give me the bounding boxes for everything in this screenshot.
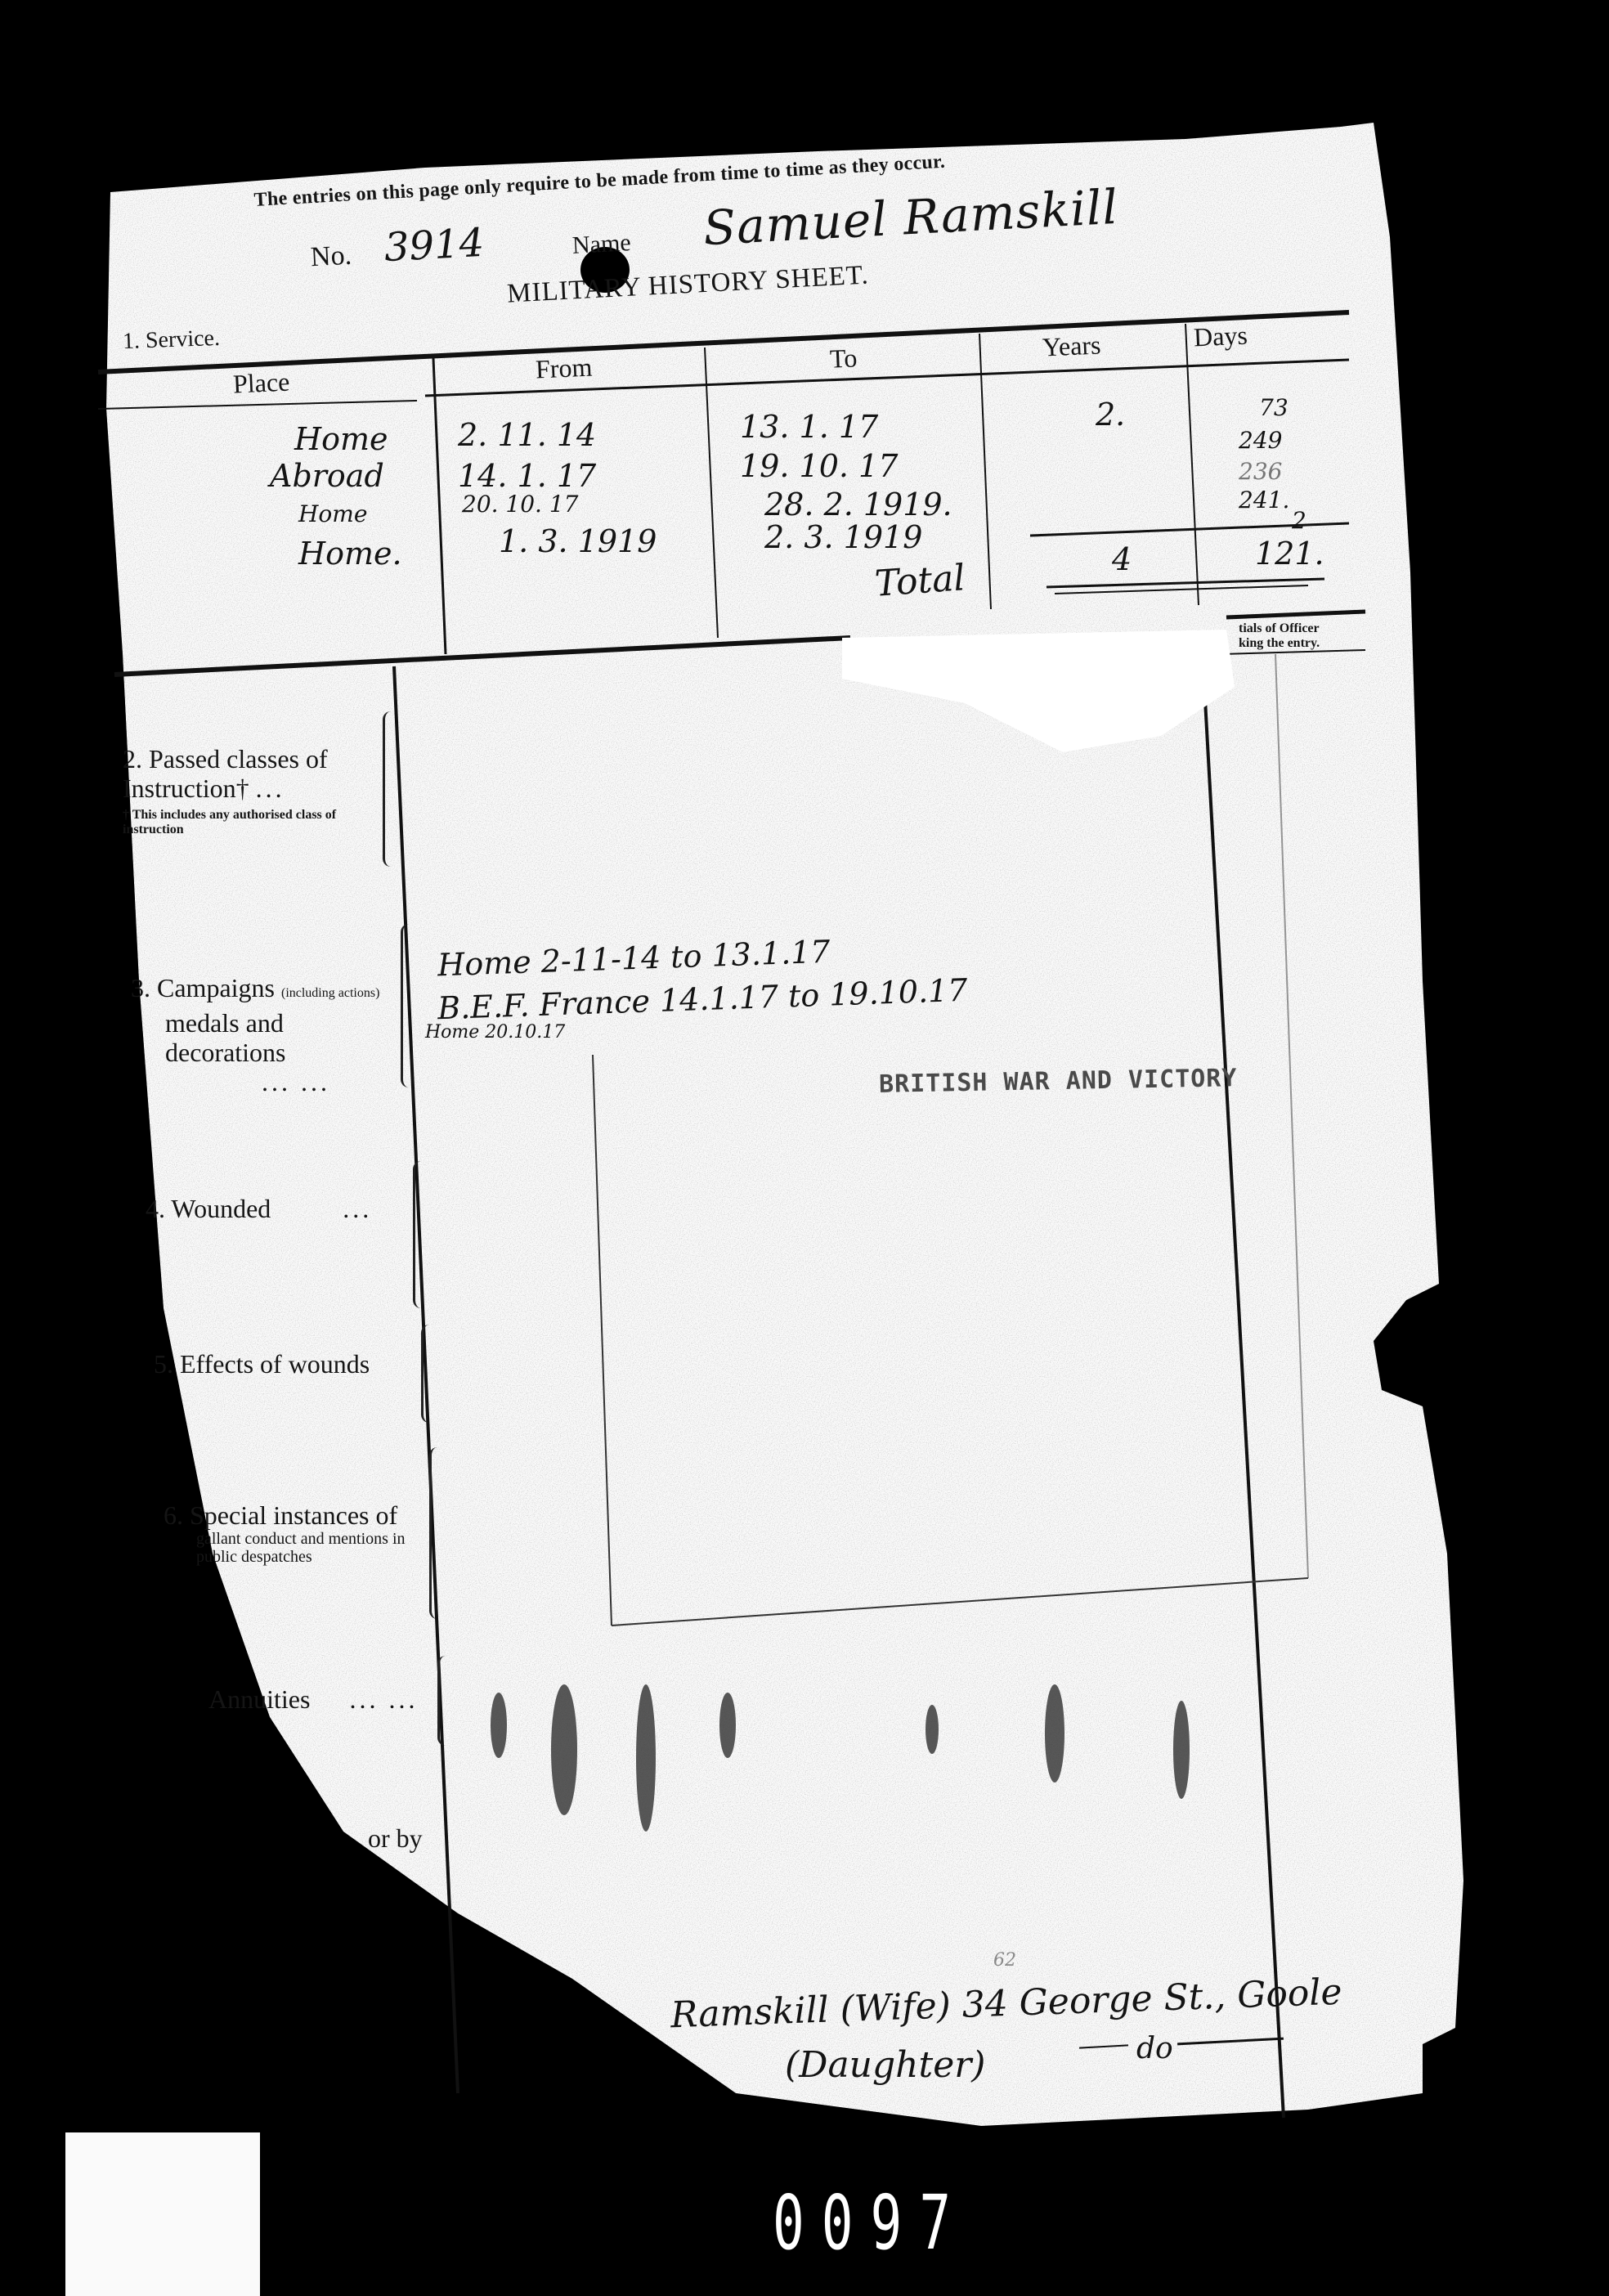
- row-from: 2. 11. 14: [458, 417, 596, 453]
- campaign-entry-home-return: Home 20.10.17: [425, 1022, 565, 1043]
- section-number: 3.: [131, 973, 150, 1002]
- brace: [421, 1325, 437, 1423]
- film-blank-card: [65, 2132, 260, 2296]
- column-header-place: Place: [232, 367, 290, 400]
- row-to: 2. 3. 1919: [764, 519, 922, 555]
- column-header-days: Days: [1193, 321, 1248, 353]
- row-from: 14. 1. 17: [458, 458, 596, 494]
- row-days: 241.: [1239, 487, 1289, 513]
- section-number: 2.: [123, 744, 142, 774]
- row-place: Abroad: [270, 458, 384, 494]
- row-place: Home: [294, 421, 388, 457]
- section-annuities: Annuities ... ...: [208, 1684, 446, 1714]
- section-label-small: gallant conduct and mentions in public d…: [164, 1530, 433, 1566]
- section-label: Annuities: [208, 1684, 310, 1714]
- frame-counter: 0097: [773, 2179, 968, 2267]
- column-header-to: To: [829, 343, 858, 374]
- section-or-by: or by: [368, 1823, 423, 1853]
- extra-days: 2: [1292, 507, 1306, 534]
- section-dots: ...: [256, 774, 285, 803]
- section-campaigns: 3. Campaigns (including actions) medals …: [131, 973, 401, 1096]
- officer-note-line1: tials of Officer: [1239, 621, 1320, 636]
- section-label: Campaigns: [157, 973, 275, 1002]
- section-passed-classes: 2. Passed classes of Instruction† ... † …: [123, 744, 384, 837]
- row-from: 1. 3. 1919: [499, 523, 657, 559]
- section-label: Passed classes of Instruction†: [123, 744, 328, 803]
- row-to: 28. 2. 1919.: [764, 487, 952, 522]
- next-of-kin-daughter: (Daughter): [785, 2044, 985, 2086]
- brace: [383, 711, 398, 867]
- total-years: 4: [1112, 541, 1132, 577]
- address-note: 62: [993, 1950, 1016, 1971]
- brace: [429, 1447, 445, 1619]
- row-to: 19. 10. 17: [740, 448, 898, 484]
- section-wounded: 4. Wounded ...: [146, 1194, 407, 1223]
- paper-sheet: [0, 0, 1609, 2296]
- row-days: 236: [1239, 458, 1282, 485]
- section-label: Special instances of: [190, 1500, 397, 1530]
- brace: [437, 1656, 453, 1746]
- brace: [401, 924, 416, 1087]
- row-from: 20. 10. 17: [462, 491, 579, 518]
- row-days: 249: [1239, 427, 1282, 454]
- number-label: No.: [310, 240, 352, 274]
- service-section-label: 1. Service.: [122, 325, 220, 355]
- officer-initials-note: tials of Officer king the entry.: [1239, 621, 1320, 651]
- section-label: Wounded: [171, 1194, 271, 1223]
- section-label-cont: medals and decorations: [131, 1008, 401, 1067]
- section-aside: (including actions): [281, 986, 379, 1000]
- name-label: Name: [571, 229, 631, 260]
- row-days: 73: [1259, 394, 1289, 421]
- service-number: 3914: [383, 220, 486, 271]
- column-header-years: Years: [1042, 330, 1101, 362]
- column-header-from: From: [535, 352, 593, 385]
- section-number: 4.: [146, 1194, 165, 1223]
- section-number: 5.: [154, 1349, 173, 1379]
- row-place: Home.: [298, 536, 402, 572]
- section-special-instances: 6. Special instances of gallant conduct …: [164, 1500, 433, 1566]
- section-dots: ... ...: [131, 1067, 401, 1096]
- total-days: 121.: [1255, 536, 1324, 572]
- row-years: 2.: [1096, 397, 1125, 433]
- section-number: 6.: [164, 1500, 183, 1530]
- ditto-mark: do: [1136, 2032, 1173, 2065]
- section-label: Effects of wounds: [180, 1349, 370, 1379]
- section-label: or by: [368, 1823, 423, 1853]
- section-dots: ...: [343, 1194, 372, 1223]
- row-place: Home: [298, 500, 367, 527]
- officer-note-line2: king the entry.: [1239, 636, 1320, 651]
- brace: [413, 1161, 428, 1308]
- section-effects-of-wounds: 5. Effects of wounds: [154, 1349, 424, 1379]
- row-to: 13. 1. 17: [740, 409, 878, 445]
- section-dots: ... ...: [349, 1684, 418, 1714]
- section-footnote: † This includes any authorised class of …: [123, 808, 384, 837]
- total-label: Total: [873, 557, 966, 605]
